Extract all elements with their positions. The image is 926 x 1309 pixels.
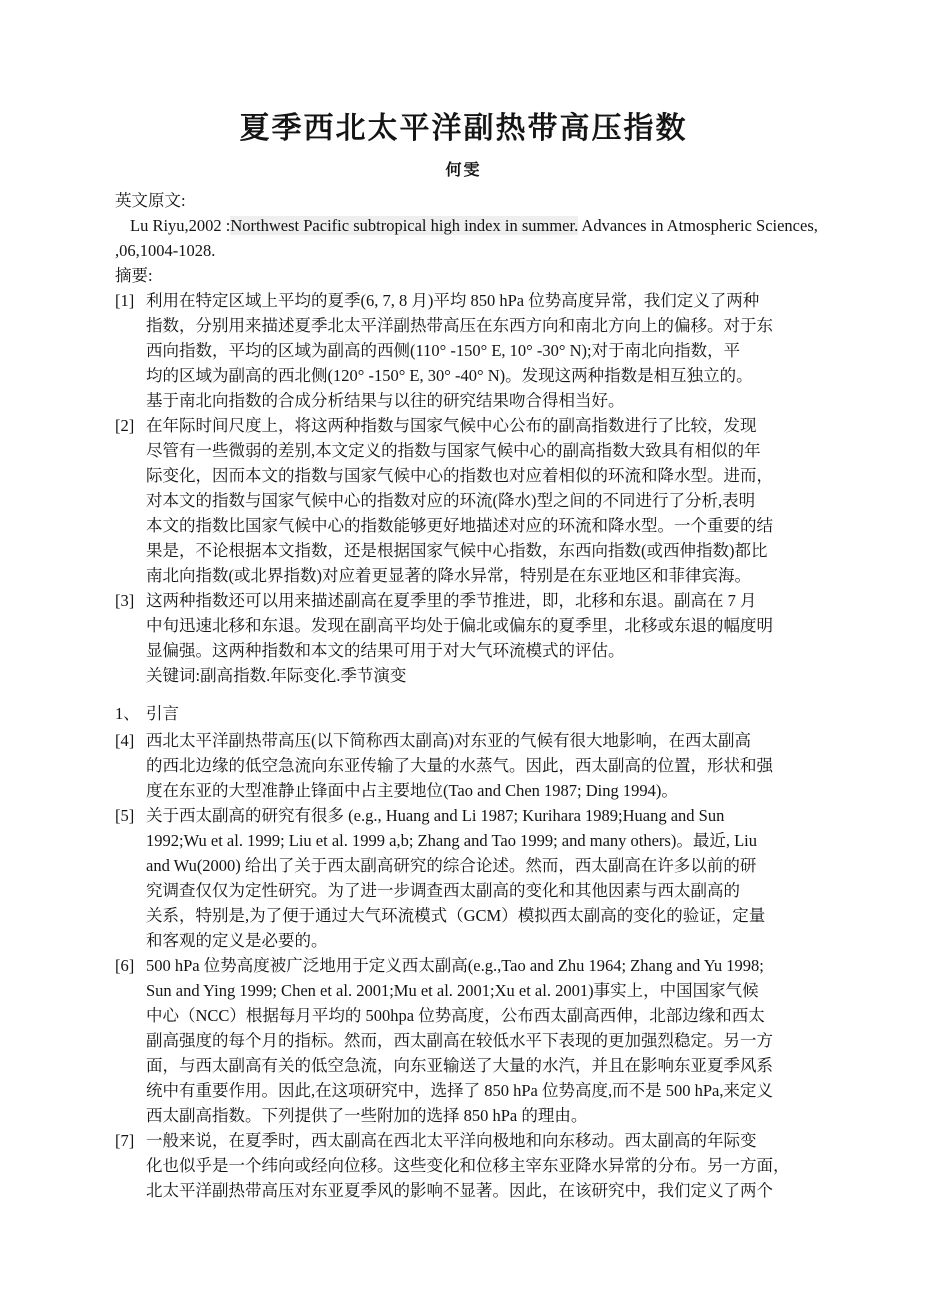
text-line: 统中有重要作用。因此,在这项研究中，选择了 850 hPa 位势高度,而不是 5… <box>146 1078 812 1103</box>
paragraph-number: [6] <box>115 953 146 978</box>
text-line: 中心（NCC）根据每月平均的 500hpa 位势高度，公布西太副高西伸，北部边缘… <box>146 1003 812 1028</box>
paragraph-number: [2] <box>115 413 146 438</box>
text-line: 500 hPa 位势高度被广泛地用于定义西太副高(e.g.,Tao and Zh… <box>146 953 812 978</box>
text-line: 际变化，因而本文的指数与国家气候中心的指数也对应着相似的环流和降水型。进而， <box>146 463 812 488</box>
text-line: 利用在特定区域上平均的夏季(6, 7, 8 月)平均 850 hPa 位势高度异… <box>146 288 812 313</box>
document-page: 夏季西北太平洋副热带高压指数 何雯 英文原文: Lu Riyu,2002 :No… <box>0 0 926 1309</box>
document-author: 何雯 <box>115 160 812 182</box>
paragraph: [4] 西北太平洋副热带高压(以下简称西太副高)对东亚的气候有很大地影响，在西太… <box>115 728 812 803</box>
text-line: 的西北边缘的低空急流向东亚传输了大量的水蒸气。因此，西太副高的位置，形状和强 <box>146 753 812 778</box>
paragraph-number: [1] <box>115 288 146 313</box>
text-line: 西北太平洋副热带高压(以下简称西太副高)对东亚的气候有很大地影响，在西太副高 <box>146 728 812 753</box>
text-line: 和客观的定义是必要的。 <box>146 928 812 953</box>
paragraph-body: 500 hPa 位势高度被广泛地用于定义西太副高(e.g.,Tao and Zh… <box>146 953 812 1128</box>
text-line: 尽管有一些微弱的差别,本文定义的指数与国家气候中心的副高指数大致具有相似的年 <box>146 438 812 463</box>
text-line: 南北向指数(或北界指数)对应着更显著的降水异常，特别是在东亚地区和菲律宾海。 <box>146 563 812 588</box>
text-line: 在年际时间尺度上，将这两种指数与国家气候中心公布的副高指数进行了比较，发现 <box>146 413 812 438</box>
text-line: 基于南北向指数的合成分析结果与以往的研究结果吻合得相当好。 <box>146 388 812 413</box>
text-line: 对本文的指数与国家气候中心的指数对应的环流(降水)型之间的不同进行了分析,表明 <box>146 488 812 513</box>
text-line: 关键词:副高指数.年际变化.季节演变 <box>146 663 812 688</box>
meta-block: 英文原文: Lu Riyu,2002 :Northwest Pacific su… <box>115 188 812 288</box>
text-line: 西太副高指数。下列提供了一些附加的选择 850 hPa 的理由。 <box>146 1103 812 1128</box>
paragraph-number: [5] <box>115 803 146 828</box>
paragraph: [6] 500 hPa 位势高度被广泛地用于定义西太副高(e.g.,Tao an… <box>115 953 812 1128</box>
paragraph-number: [7] <box>115 1128 146 1153</box>
paragraph-body: 在年际时间尺度上，将这两种指数与国家气候中心公布的副高指数进行了比较，发现尽管有… <box>146 413 812 588</box>
paragraph-body: 这两种指数还可以用来描述副高在夏季里的季节推进，即，北移和东退。副高在 7 月中… <box>146 588 812 663</box>
paragraph: 关键词:副高指数.年际变化.季节演变 <box>115 663 812 688</box>
paragraph-number: [4] <box>115 728 146 753</box>
text-line: 显偏强。这两种指数和本文的结果可用于对大气环流模式的评估。 <box>146 638 812 663</box>
document-content: 夏季西北太平洋副热带高压指数 何雯 英文原文: Lu Riyu,2002 :No… <box>115 110 812 1203</box>
citation-suffix: Advances in Atmospheric Sciences, <box>578 216 818 235</box>
paragraph: [2] 在年际时间尺度上，将这两种指数与国家气候中心公布的副高指数进行了比较，发… <box>115 413 812 588</box>
text-line: 1992;Wu et al. 1999; Liu et al. 1999 a,b… <box>146 828 812 853</box>
text-line: and Wu(2000) 给出了关于西太副高研究的综合论述。然而，西太副高在许多… <box>146 853 812 878</box>
text-line: 副高强度的每个月的指标。然而，西太副高在较低水平下表现的更加强烈稳定。另一方 <box>146 1028 812 1053</box>
citation-continuation: ,06,1004-1028. <box>115 238 812 263</box>
citation-line: Lu Riyu,2002 :Northwest Pacific subtropi… <box>115 213 812 238</box>
text-line: 面，与西太副高有关的低空急流，向东亚输送了大量的水汽，并且在影响东亚夏季风系 <box>146 1053 812 1078</box>
text-line: 化也似乎是一个纬向或经向位移。这些变化和位移主宰东亚降水异常的分布。另一方面， <box>146 1153 812 1178</box>
abstract-label: 摘要: <box>115 263 812 288</box>
text-line: 这两种指数还可以用来描述副高在夏季里的季节推进，即，北移和东退。副高在 7 月 <box>146 588 812 613</box>
text-line: 西向指数，平均的区域为副高的西侧(110° -150° E, 10° -30° … <box>146 338 812 363</box>
intro-paragraph-list: [4] 西北太平洋副热带高压(以下简称西太副高)对东亚的气候有很大地影响，在西太… <box>115 728 812 1203</box>
section-heading: 1、 引言 <box>115 701 812 726</box>
paragraph-body: 西北太平洋副热带高压(以下简称西太副高)对东亚的气候有很大地影响，在西太副高的西… <box>146 728 812 803</box>
section-title: 引言 <box>146 701 812 726</box>
text-line: 一般来说，在夏季时，西太副高在西北太平洋向极地和向东移动。西太副高的年际变 <box>146 1128 812 1153</box>
text-line: 果是，不论根据本文指数，还是根据国家气候中心指数，东西向指数(或西伸指数)都比 <box>146 538 812 563</box>
paragraph-body: 关于西太副高的研究有很多 (e.g., Huang and Li 1987; K… <box>146 803 812 953</box>
text-line: 关于西太副高的研究有很多 (e.g., Huang and Li 1987; K… <box>146 803 812 828</box>
paragraph: [7] 一般来说，在夏季时，西太副高在西北太平洋向极地和向东移动。西太副高的年际… <box>115 1128 812 1203</box>
source-label: 英文原文: <box>115 188 812 213</box>
paragraph-body: 利用在特定区域上平均的夏季(6, 7, 8 月)平均 850 hPa 位势高度异… <box>146 288 812 413</box>
citation-prefix: Lu Riyu,2002 : <box>130 216 230 235</box>
text-line: 指数，分别用来描述夏季北太平洋副热带高压在东西方向和南北方向上的偏移。对于东 <box>146 313 812 338</box>
text-line: 北太平洋副热带高压对东亚夏季风的影响不显著。因此，在该研究中，我们定义了两个 <box>146 1178 812 1203</box>
paragraph: [1] 利用在特定区域上平均的夏季(6, 7, 8 月)平均 850 hPa 位… <box>115 288 812 413</box>
text-line: 本文的指数比国家气候中心的指数能够更好地描述对应的环流和降水型。一个重要的结 <box>146 513 812 538</box>
text-line: 均的区域为副高的西北侧(120° -150° E, 30° -40° N)。发现… <box>146 363 812 388</box>
text-line: 度在东亚的大型准静止锋面中占主要地位(Tao and Chen 1987; Di… <box>146 778 812 803</box>
text-line: 究调查仅仅为定性研究。为了进一步调查西太副高的变化和其他因素与西太副高的 <box>146 878 812 903</box>
section-number: 1、 <box>115 701 146 726</box>
abstract-paragraph-list: [1] 利用在特定区域上平均的夏季(6, 7, 8 月)平均 850 hPa 位… <box>115 288 812 688</box>
text-line: Sun and Ying 1999; Chen et al. 2001;Mu e… <box>146 978 812 1003</box>
paragraph-body: 关键词:副高指数.年际变化.季节演变 <box>146 663 812 688</box>
text-line: 中旬迅速北移和东退。发现在副高平均处于偏北或偏东的夏季里，北移或东退的幅度明 <box>146 613 812 638</box>
paragraph: [5] 关于西太副高的研究有很多 (e.g., Huang and Li 198… <box>115 803 812 953</box>
text-line: 关系，特别是,为了便于通过大气环流模式（GCM）模拟西太副高的变化的验证，定量 <box>146 903 812 928</box>
document-title: 夏季西北太平洋副热带高压指数 <box>115 110 812 148</box>
paragraph-body: 一般来说，在夏季时，西太副高在西北太平洋向极地和向东移动。西太副高的年际变化也似… <box>146 1128 812 1203</box>
citation-highlight: Northwest Pacific subtropical high index… <box>230 216 578 235</box>
paragraph-number: [3] <box>115 588 146 613</box>
paragraph: [3] 这两种指数还可以用来描述副高在夏季里的季节推进，即，北移和东退。副高在 … <box>115 588 812 663</box>
